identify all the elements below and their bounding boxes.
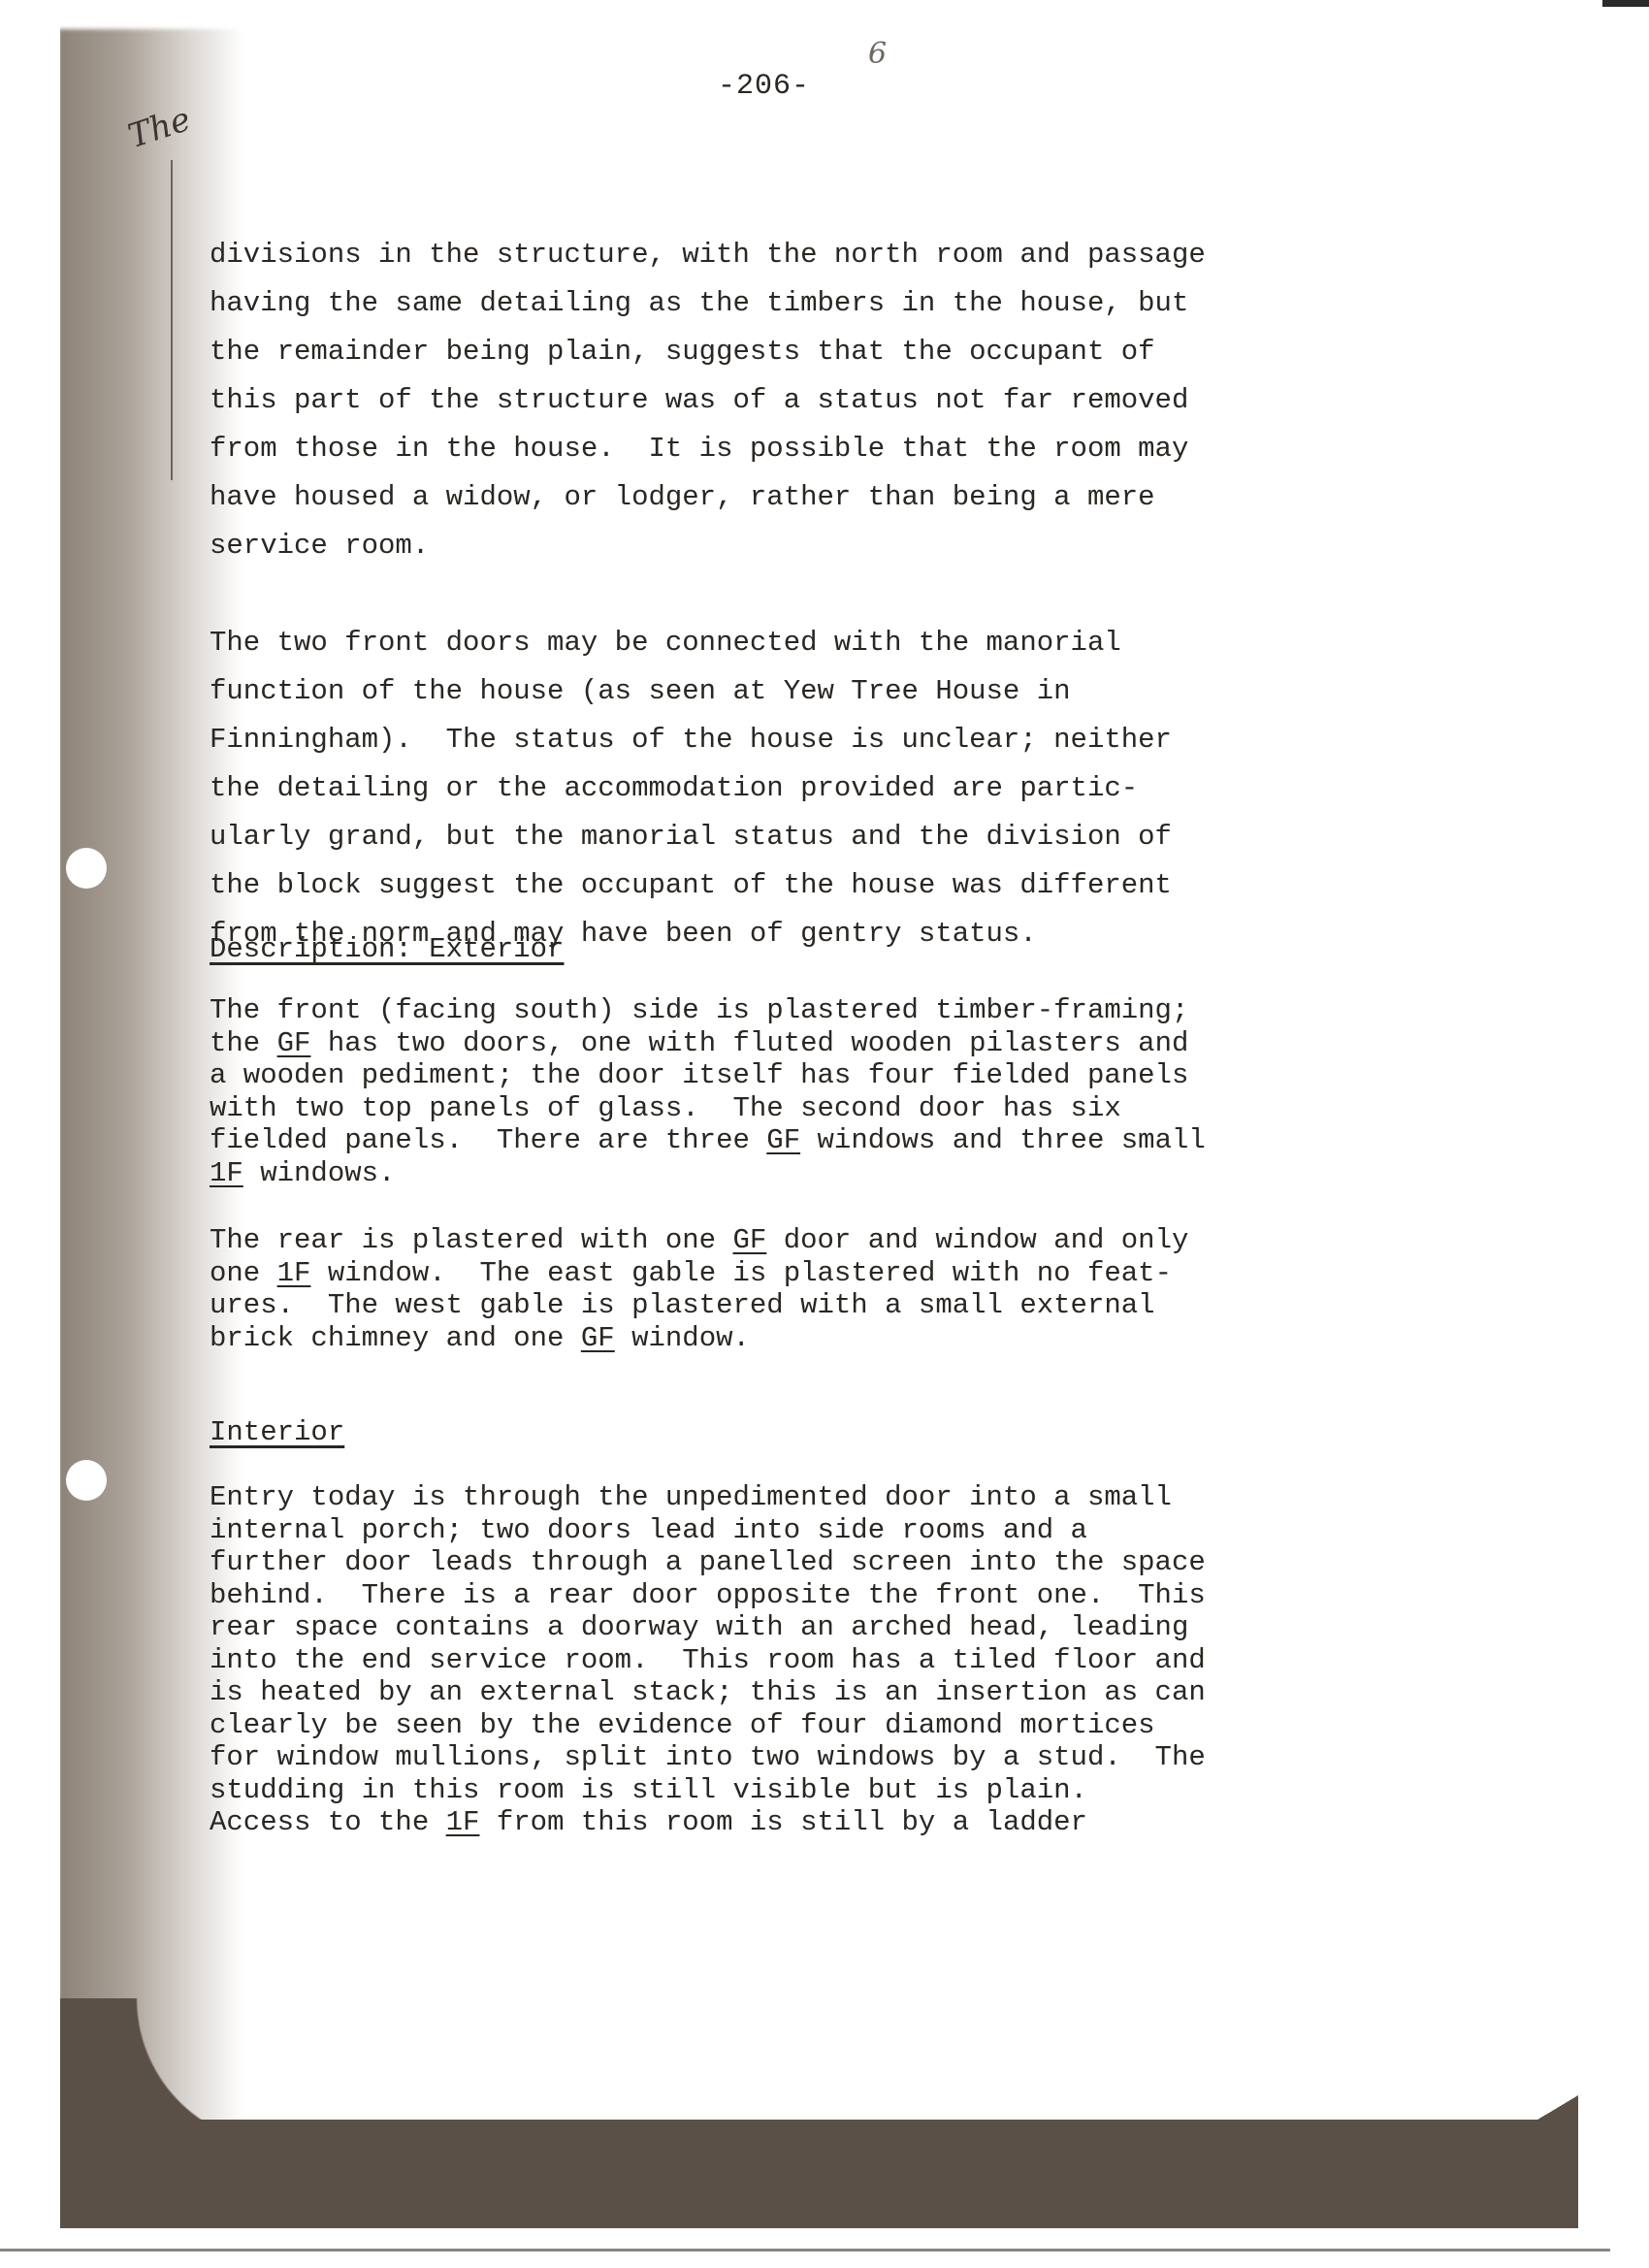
floor-abbreviation: 1F — [446, 1806, 480, 1838]
text-segment: internal porch; two doors lead into side… — [210, 1514, 1087, 1546]
text-line: brick chimney and one GF window. — [210, 1322, 1374, 1355]
punch-hole-icon — [66, 1460, 107, 1501]
page-number: -206- — [718, 70, 810, 103]
text-segment: clearly be seen by the evidence of four … — [210, 1709, 1155, 1741]
text-line: the detailing or the accommodation provi… — [210, 764, 1374, 813]
heading-interior: Interior — [210, 1416, 344, 1448]
text-segment: Entry today is through the unpedimented … — [210, 1481, 1172, 1513]
text-segment: one — [210, 1257, 277, 1289]
text-line: The two front doors may be connected wit… — [210, 619, 1374, 667]
floor-abbreviation: GF — [733, 1224, 767, 1256]
text-line: further door leads through a panelled sc… — [210, 1546, 1374, 1579]
text-segment: fielded panels. There are three — [210, 1124, 766, 1156]
text-segment: The rear is plastered with one — [210, 1224, 733, 1256]
text-segment: Access to the — [210, 1806, 446, 1838]
text-segment: for window mullions, split into two wind… — [210, 1741, 1206, 1773]
text-line: fielded panels. There are three GF windo… — [210, 1124, 1374, 1157]
text-line: The rear is plastered with one GF door a… — [210, 1224, 1374, 1257]
text-line: into the end service room. This room has… — [210, 1644, 1374, 1677]
text-line: from those in the house. It is possible … — [210, 425, 1374, 473]
text-line: studding in this room is still visible b… — [210, 1774, 1374, 1807]
floor-abbreviation: 1F — [210, 1157, 243, 1189]
heading-description-exterior: Description: Exterior — [210, 933, 564, 965]
text-segment: The front (facing south) side is plaster… — [210, 994, 1188, 1026]
text-segment: behind. There is a rear door opposite th… — [210, 1579, 1206, 1611]
text-line: internal porch; two doors lead into side… — [210, 1514, 1374, 1547]
text-line: this part of the structure was of a stat… — [210, 376, 1374, 425]
text-line: divisions in the structure, with the nor… — [210, 231, 1374, 279]
text-line: the block suggest the occupant of the ho… — [210, 861, 1374, 910]
text-line: clearly be seen by the evidence of four … — [210, 1709, 1374, 1742]
text-segment: from this room is still by a ladder — [479, 1806, 1087, 1838]
text-segment: further door leads through a panelled sc… — [210, 1546, 1206, 1578]
text-segment: door and window and only — [766, 1224, 1188, 1256]
floor-abbreviation: GF — [277, 1027, 311, 1059]
text-line: Finningham). The status of the house is … — [210, 716, 1374, 764]
text-line: Entry today is through the unpedimented … — [210, 1481, 1374, 1514]
scan-page-edge — [0, 0, 60, 2268]
text-line: ures. The west gable is plastered with a… — [210, 1289, 1374, 1322]
text-segment: has two doors, one with fluted wooden pi… — [310, 1027, 1188, 1059]
text-segment: window. — [615, 1322, 750, 1354]
paragraph-interior: Entry today is through the unpedimented … — [210, 1481, 1374, 1839]
punch-hole-icon — [66, 848, 107, 889]
text-line: have housed a widow, or lodger, rather t… — [210, 473, 1374, 522]
floor-abbreviation: 1F — [277, 1257, 311, 1289]
text-segment: windows and three small — [800, 1124, 1206, 1156]
text-line: with two top panels of glass. The second… — [210, 1092, 1374, 1125]
text-segment: with two top panels of glass. The second… — [210, 1092, 1121, 1124]
text-segment: a wooden pediment; the door itself has f… — [210, 1059, 1188, 1091]
margin-annotation-line — [171, 160, 173, 480]
floor-abbreviation: GF — [581, 1322, 615, 1354]
text-segment: studding in this room is still visible b… — [210, 1774, 1087, 1806]
text-line: for window mullions, split into two wind… — [210, 1741, 1374, 1774]
floor-abbreviation: GF — [766, 1124, 800, 1156]
text-line: function of the house (as seen at Yew Tr… — [210, 667, 1374, 716]
paragraph-exterior-rear: The rear is plastered with one GF door a… — [210, 1224, 1374, 1354]
text-line: rear space contains a doorway with an ar… — [210, 1611, 1374, 1644]
scan-bottom-shadow — [60, 2120, 1578, 2228]
text-line: the GF has two doors, one with fluted wo… — [210, 1027, 1374, 1060]
text-line: The front (facing south) side is plaster… — [210, 994, 1374, 1027]
text-segment: ures. The west gable is plastered with a… — [210, 1289, 1155, 1321]
paragraph-exterior-front: The front (facing south) side is plaster… — [210, 994, 1374, 1189]
text-segment: windows. — [243, 1157, 396, 1189]
text-line: 1F windows. — [210, 1157, 1374, 1190]
scan-bottom-right-shadow — [1513, 2095, 1578, 2134]
text-line: behind. There is a rear door opposite th… — [210, 1579, 1374, 1612]
text-line: the remainder being plain, suggests that… — [210, 328, 1374, 376]
text-line: having the same detailing as the timbers… — [210, 279, 1374, 328]
text-line: Access to the 1F from this room is still… — [210, 1806, 1374, 1839]
scan-bottom-line — [0, 2249, 1610, 2252]
text-line: is heated by an external stack; this is … — [210, 1676, 1374, 1709]
text-line: one 1F window. The east gable is plaster… — [210, 1257, 1374, 1290]
text-line: ularly grand, but the manorial status an… — [210, 813, 1374, 861]
text-segment: into the end service room. This room has… — [210, 1644, 1206, 1676]
handwritten-page-mark: 6 — [868, 37, 887, 71]
scan-top-right-mark — [1602, 0, 1649, 7]
text-line: a wooden pediment; the door itself has f… — [210, 1059, 1374, 1092]
text-segment: window. The east gable is plastered with… — [310, 1257, 1172, 1289]
text-segment: rear space contains a doorway with an ar… — [210, 1611, 1188, 1643]
text-segment: brick chimney and one — [210, 1322, 581, 1354]
text-segment: is heated by an external stack; this is … — [210, 1676, 1206, 1708]
text-segment: the — [210, 1027, 277, 1059]
